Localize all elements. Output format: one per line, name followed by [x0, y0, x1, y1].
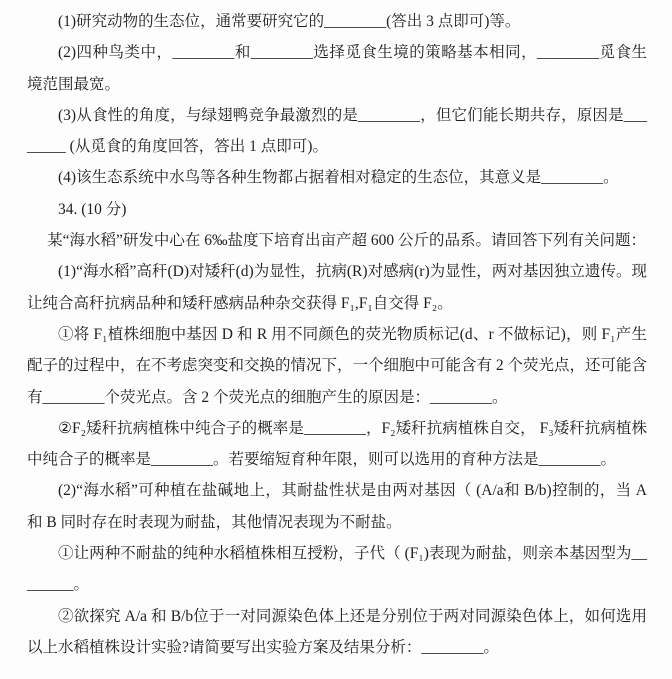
question-34-part2-sub1: ①让两种不耐盐的纯种水稻植株相互授粉，子代（ (F₁)表现为耐盐，则亲本基因型为… — [27, 538, 647, 601]
question-34-part1-sub2: ②F₂矮秆抗病植株中纯合子的概率是________，F₂矮秆抗病植株自交， F₃… — [27, 413, 647, 476]
question-34-part1-sub1: ①将 F₁植株细胞中基因 D 和 R 用不同颜色的荧光物质标记(d、r 不做标记… — [27, 319, 647, 413]
prev-question-item-1: (1)研究动物的生态位，通常要研究它的________(答出 3 点即可)等。 — [27, 6, 647, 37]
prev-question-item-3: (3)从食性的角度，与绿翅鸭竞争最激烈的是________，但它们能长期共存，原… — [27, 100, 647, 163]
question-34-part2-stem: (2)“海水稻”可种植在盐碱地上，其耐盐性状是由两对基因（ (A/a和 B/b)… — [27, 475, 647, 538]
question-34-number: 34. (10 分) — [27, 194, 647, 225]
question-34-part1-stem: (1)“海水稻”高秆(D)对矮秆(d)为显性，抗病(R)对感病(r)为显性，两对… — [27, 256, 647, 319]
prev-question-item-4: (4)该生态系统中水鸟等各种生物都占据着相对稳定的生态位，其意义是_______… — [27, 162, 647, 193]
question-34-part2-sub2: ②欲探究 A/a 和 B/b位于一对同源染色体上还是分别位于两对同源染色体上，如… — [27, 601, 647, 664]
prev-question-item-2: (2)四种鸟类中，________和________选择觅食生境的策略基本相同，… — [27, 37, 647, 100]
question-34-intro: 某“海水稻”研发中心在 6‰盐度下培育出亩产超 600 公斤的品系。请回答下列有… — [27, 225, 647, 256]
exam-paper-page: (1)研究动物的生态位，通常要研究它的________(答出 3 点即可)等。 … — [0, 0, 672, 679]
